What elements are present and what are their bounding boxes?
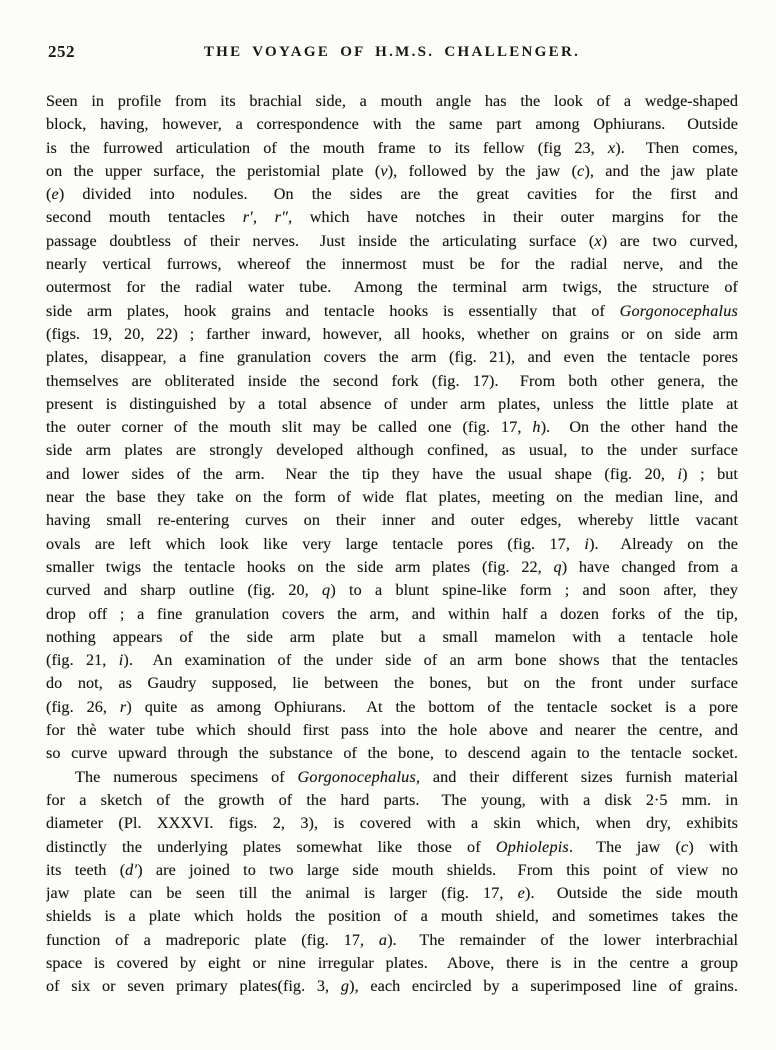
text-line: its teeth (d′) are joined to two large s… <box>46 859 738 882</box>
text-line: the outer corner of the mouth slit may b… <box>46 416 738 439</box>
text-line: ovals are left which look like very larg… <box>46 533 738 556</box>
text-line: plates, disappear, a fine granulation co… <box>46 346 738 369</box>
text-line: present is distinguished by a total abse… <box>46 393 738 416</box>
text-line: (figs. 19, 20, 22) ; farther inward, how… <box>46 323 738 346</box>
text-line: shields is a plate which holds the posit… <box>46 905 738 928</box>
running-title: THE VOYAGE OF H.M.S. CHALLENGER. <box>46 42 738 61</box>
text-line: second mouth tentacles r′, r″, which hav… <box>46 206 738 229</box>
text-line: do not, as Gaudry supposed, lie between … <box>46 672 738 695</box>
text-line: having small re-entering curves on their… <box>46 509 738 532</box>
text-line: (fig. 26, r) quite as among Ophiurans. A… <box>46 696 738 719</box>
text-line: near the base they take on the form of w… <box>46 486 738 509</box>
text-line: drop off ; a fine granulation covers the… <box>46 603 738 626</box>
text-line: of six or seven primary plates(fig. 3, g… <box>46 975 738 998</box>
text-line: The numerous specimens of Gorgonocephalu… <box>46 766 738 789</box>
text-line: for a sketch of the growth of the hard p… <box>46 789 738 812</box>
text-line: jaw plate can be seen till the animal is… <box>46 882 738 905</box>
text-line: smaller twigs the tentacle hooks on the … <box>46 556 738 579</box>
text-line: on the upper surface, the peristomial pl… <box>46 160 738 183</box>
text-line: diameter (Pl. XXXVI. figs. 2, 3), is cov… <box>46 812 738 835</box>
text-line: side arm plates are strongly developed a… <box>46 439 738 462</box>
text-line: space is covered by eight or nine irregu… <box>46 952 738 975</box>
text-line: is the furrowed articulation of the mout… <box>46 137 738 160</box>
text-line: block, having, however, a correspondence… <box>46 113 738 136</box>
text-line: for thè water tube which should first pa… <box>46 719 738 742</box>
page-number: 252 <box>48 42 75 62</box>
text-line: themselves are obliterated inside the se… <box>46 370 738 393</box>
paragraph: Seen in profile from its brachial side, … <box>46 90 738 766</box>
text-line: side arm plates, hook grains and tentacl… <box>46 300 738 323</box>
text-line: outermost for the radial water tube. Amo… <box>46 276 738 299</box>
text-line: so curve upward through the substance of… <box>46 742 738 765</box>
text-line: function of a madreporic plate (fig. 17,… <box>46 929 738 952</box>
page-header: 252 THE VOYAGE OF H.M.S. CHALLENGER. <box>46 42 738 66</box>
text-line: distinctly the underlying plates somewha… <box>46 836 738 859</box>
text-line: (e) divided into nodules. On the sides a… <box>46 183 738 206</box>
text-line: and lower sides of the arm. Near the tip… <box>46 463 738 486</box>
text-line: nearly vertical furrows, whereof the inn… <box>46 253 738 276</box>
text-line: passage doubtless of their nerves. Just … <box>46 230 738 253</box>
text-line: curved and sharp outline (fig. 20, q) to… <box>46 579 738 602</box>
book-page: 252 THE VOYAGE OF H.M.S. CHALLENGER. See… <box>0 0 776 1050</box>
paragraph: The numerous specimens of Gorgonocephalu… <box>46 766 738 999</box>
text-line: Seen in profile from its brachial side, … <box>46 90 738 113</box>
text-line: (fig. 21, i). An examination of the unde… <box>46 649 738 672</box>
text-line: nothing appears of the side arm plate bu… <box>46 626 738 649</box>
page-body: Seen in profile from its brachial side, … <box>46 90 738 999</box>
